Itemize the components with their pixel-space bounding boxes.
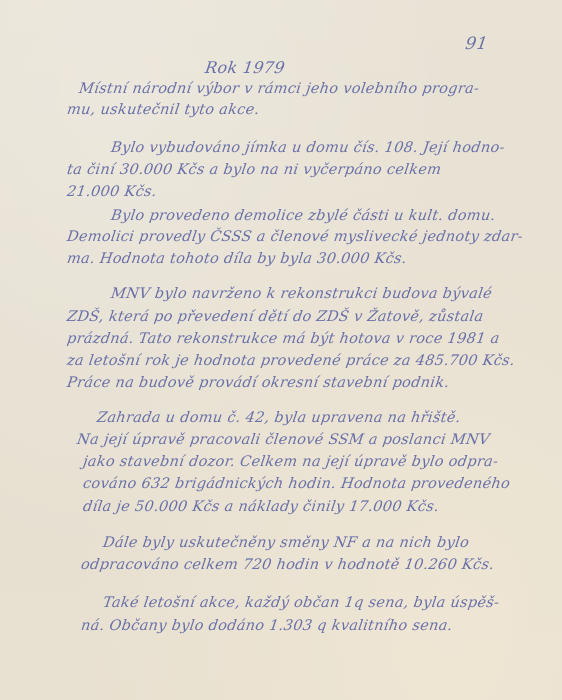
paragraph-5-line-5: díla je 50.000 Kčs a náklady činily 17.0… — [82, 500, 440, 515]
paragraph-3-line-1: Bylo provedeno demolice zbylé části u ku… — [110, 209, 496, 224]
paragraph-3-line-3: ma. Hodnota tohoto díla by byla 30.000 K… — [66, 252, 408, 267]
paragraph-1-line-2: mu, uskutečnil tyto akce. — [66, 103, 260, 118]
paragraph-6-line-2: odpracováno celkem 720 hodin v hodnotě 1… — [80, 558, 495, 573]
paragraph-4-line-4: za letošní rok je hodnota provedené prác… — [66, 354, 516, 369]
paragraph-3-line-2: Demolici provedly ČSSS a členové myslive… — [66, 230, 524, 245]
paragraph-4-line-5: Práce na budově provádí okresní stavební… — [66, 376, 450, 391]
paragraph-7-line-2: ná. Občany bylo dodáno 1.303 q kvalitníh… — [80, 619, 453, 634]
paragraph-4-line-2: ZDŠ, která po převedení dětí do ZDŠ v Ža… — [66, 310, 484, 325]
paragraph-4-line-1: MNV bylo navrženo k rekonstrukci budova … — [110, 287, 493, 302]
paragraph-2-line-1: Bylo vybudováno jímka u domu čís. 108. J… — [110, 141, 506, 156]
page-title: Rok 1979 — [204, 58, 286, 77]
page-number: 91 — [464, 34, 489, 54]
paragraph-4-line-3: prázdná. Tato rekonstrukce má být hotova… — [66, 332, 500, 347]
paragraph-5-line-1: Zahrada u domu č. 42, byla upravena na h… — [96, 411, 462, 426]
paragraph-5-line-4: cováno 632 brigádnických hodin. Hodnota … — [82, 477, 511, 492]
paragraph-1-line-1: Místní národní výbor v rámci jeho volebn… — [78, 82, 480, 97]
paragraph-2-line-3: 21.000 Kčs. — [66, 185, 158, 200]
paragraph-2-line-2: ta činí 30.000 Kčs a bylo na ni vyčerpán… — [66, 163, 442, 178]
handwritten-chronicle-page: 91 Rok 1979 Místní národní výbor v rámci… — [0, 0, 562, 700]
paragraph-7-line-1: Také letošní akce, každý občan 1q sena, … — [102, 596, 500, 611]
paragraph-6-line-1: Dále byly uskutečněny směny NF a na nich… — [102, 536, 470, 551]
paragraph-5-line-2: Na její úpravě pracovali členové SSM a p… — [76, 433, 491, 448]
paragraph-5-line-3: jako stavební dozor. Celkem na její úpra… — [82, 455, 499, 470]
